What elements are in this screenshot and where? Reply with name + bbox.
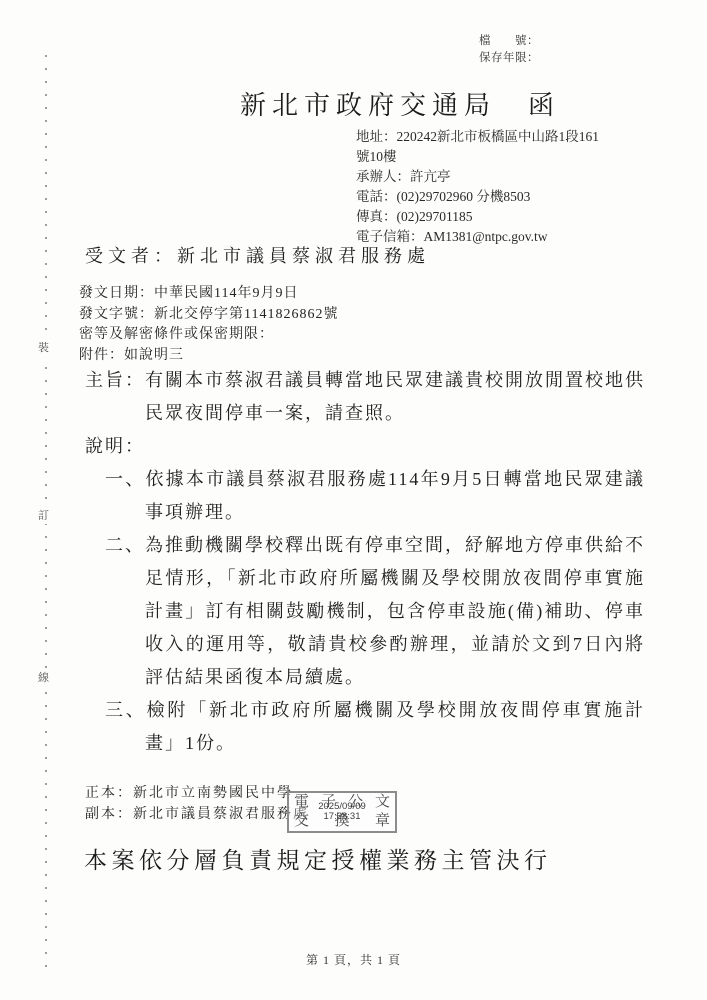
item-text: 為推動機關學校釋出既有停車空間，紓解地方停車供給不足情形，「新北市政府所屬機關及… — [145, 535, 645, 687]
page-number-footer: 第 1 頁，共 1 頁 — [0, 951, 707, 968]
sender-address-line2: 號10樓 — [356, 147, 656, 167]
electronic-exchange-stamp: 電子公文 交換章 2025/09/09 17:28:31 — [287, 791, 397, 833]
delegation-statement: 本案依分層負責規定授權業務主管決行 — [84, 842, 552, 875]
binding-mark-xian: 線 — [38, 668, 49, 686]
subject-label: 主旨： — [85, 370, 145, 390]
attachment-note: 附件：如說明三 — [79, 346, 338, 367]
stamp-time: 17:28:31 — [324, 812, 361, 822]
letter-body: 主旨：有關本市蔡淑君議員轉當地民眾建議貴校開放閒置校地供民眾夜間停車一案，請查照… — [85, 364, 645, 760]
fax-number: 傳真：(02)29701185 — [356, 207, 656, 227]
issue-date: 發文日期：中華民國114年9月9日 — [79, 284, 338, 305]
contact-person: 承辦人：許亢亭 — [356, 167, 656, 187]
subject-text: 有關本市蔡淑君議員轉當地民眾建議貴校開放閒置校地供民眾夜間停車一案，請查照。 — [145, 370, 645, 423]
description-item-2: 二、為推動機關學校釋出既有停車空間，紓解地方停車供給不足情形，「新北市政府所屬機… — [105, 529, 645, 694]
description-item-3: 三、檢附「新北市政府所屬機關及學校開放夜間停車實施計畫」1份。 — [105, 694, 645, 760]
file-number-label: 檔 號： — [479, 33, 539, 50]
subject-paragraph: 主旨：有關本市蔡淑君議員轉當地民眾建議貴校開放閒置校地供民眾夜間停車一案，請查照… — [85, 364, 645, 430]
official-letter-page: 裝 訂 線 檔 號： 保存年限： 新北市政府交通局 函 地址：220242新北市… — [0, 0, 707, 1000]
description-item-1: 一、依據本市議員蔡淑君服務處114年9月5日轉當地民眾建議事項辦理。 — [105, 463, 645, 529]
description-label: 說明： — [85, 430, 645, 463]
sender-info-block: 地址：220242新北市板橋區中山路1段161 號10樓 承辦人：許亢亭 電話：… — [356, 127, 656, 247]
recipient-line: 受文者：新北市議員蔡淑君服務處 — [85, 242, 430, 268]
binding-mark-zhuang: 裝 — [38, 338, 49, 356]
security-classification: 密等及解密條件或保密期限： — [79, 325, 338, 346]
item-text: 檢附「新北市政府所屬機關及學校開放夜間停車實施計畫」1份。 — [145, 700, 645, 753]
file-reference-block: 檔 號： 保存年限： — [479, 33, 539, 67]
binding-mark-ding: 訂 — [38, 506, 49, 524]
stamp-timestamp: 2025/09/09 17:28:31 — [289, 793, 395, 831]
copies-block: 正本：新北市立南勢國民中學 副本：新北市議員蔡淑君服務處 — [85, 783, 309, 825]
item-number: 二、 — [105, 535, 145, 555]
sender-address-line1: 地址：220242新北市板橋區中山路1段161 — [356, 127, 656, 147]
retention-period-label: 保存年限： — [479, 50, 539, 67]
item-number: 一、 — [105, 469, 145, 489]
cc-recipient: 副本：新北市議員蔡淑君服務處 — [85, 804, 309, 825]
item-text: 依據本市議員蔡淑君服務處114年9月5日轉當地民眾建議事項辦理。 — [145, 469, 645, 522]
item-number: 三、 — [105, 700, 147, 720]
document-title: 新北市政府交通局 函 — [240, 85, 560, 122]
document-meta-block: 發文日期：中華民國114年9月9日 發文字號：新北交停字第1141826862號… — [79, 284, 338, 366]
document-number: 發文字號：新北交停字第1141826862號 — [79, 305, 338, 326]
phone-number: 電話：(02)29702960 分機8503 — [356, 187, 656, 207]
original-recipient: 正本：新北市立南勢國民中學 — [85, 783, 309, 804]
